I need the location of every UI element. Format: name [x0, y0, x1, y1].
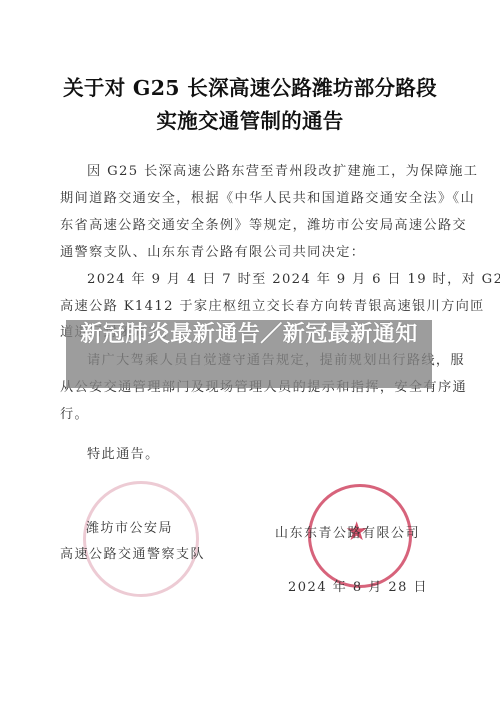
- paragraph-line: 因 G25 长深高速公路东营至青州段改扩建施工，为保障施工: [60, 160, 467, 179]
- paragraph-line: 2024 年 9 月 4 日 7 时至 2024 年 9 月 6 日 19 时，…: [60, 268, 467, 287]
- paragraph-line: 通警察支队、山东东青公路有限公司共同决定：: [60, 241, 440, 260]
- closing-line: 特此通告。: [60, 443, 467, 462]
- paragraph-line: 东省高速公路交通安全条例》等规定，潍坊市公安局高速公路交: [60, 214, 440, 233]
- signature-right-line-1: 山东东青公路有限公司: [275, 522, 420, 541]
- signature-left-line-2: 高速公路交通警察支队: [60, 543, 205, 562]
- signature-date: 2024 年 8 月 28 日: [288, 576, 428, 595]
- caption-overlay-text: 新冠肺炎最新通告／新冠最新通知: [66, 321, 432, 348]
- paragraph-line: 行。: [60, 403, 440, 422]
- signature-left-line-1: 潍坊市公安局: [86, 517, 173, 536]
- document-title-line-1: 关于对 G25 长深高速公路潍坊部分路段: [0, 71, 500, 101]
- police-seal-stamp: [83, 481, 199, 597]
- document-title-line-2: 实施交通管制的通告: [0, 104, 500, 134]
- paragraph-line: 高速公路 K1412 于家庄枢纽立交长春方向转青银高速银川方向匝: [60, 295, 440, 314]
- paragraph-line: 期间道路交通安全，根据《中华人民共和国道路交通安全法》《山: [60, 187, 440, 206]
